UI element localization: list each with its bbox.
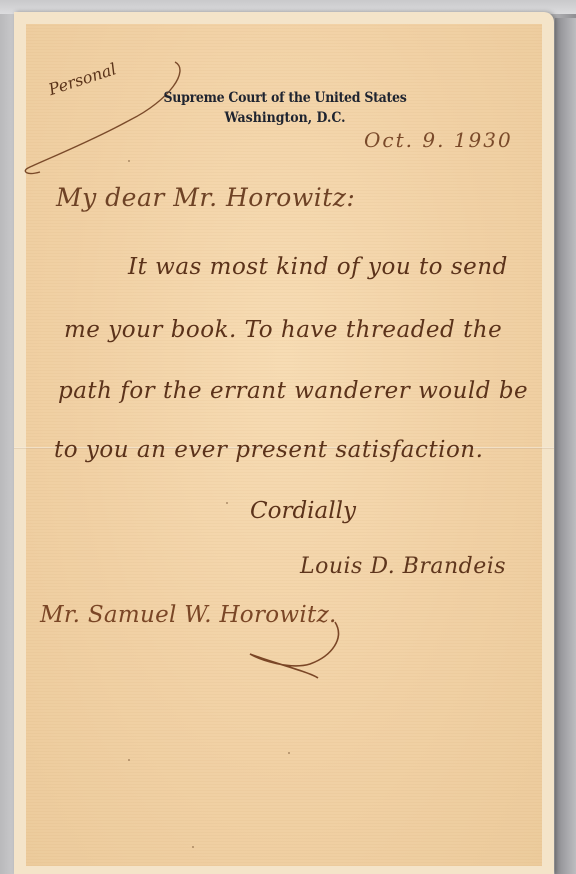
paper-speck <box>128 759 130 761</box>
page-shadow <box>555 18 576 874</box>
body-line: It was most kind of you to send <box>128 254 508 280</box>
salutation: My dear Mr. Horowitz: <box>56 183 355 212</box>
letter-date: Oct. 9. 1930 <box>364 128 513 152</box>
body-line: me your book. To have threaded the <box>64 317 502 343</box>
paper-speck <box>226 502 228 504</box>
body-line: path for the errant wanderer would be <box>58 378 528 404</box>
letterhead-court: Supreme Court of the United States <box>159 92 410 106</box>
closing: Cordially <box>250 498 356 524</box>
signature-flourish <box>240 620 350 680</box>
paper-speck <box>192 846 194 848</box>
body-line: to you an ever present satisfaction. <box>54 437 483 463</box>
letterhead: Supreme Court of the United States Washi… <box>150 92 420 125</box>
letterhead-city: Washington, D.C. <box>159 112 410 126</box>
paper-speck <box>288 752 290 754</box>
signature: Louis D. Brandeis <box>300 554 506 579</box>
